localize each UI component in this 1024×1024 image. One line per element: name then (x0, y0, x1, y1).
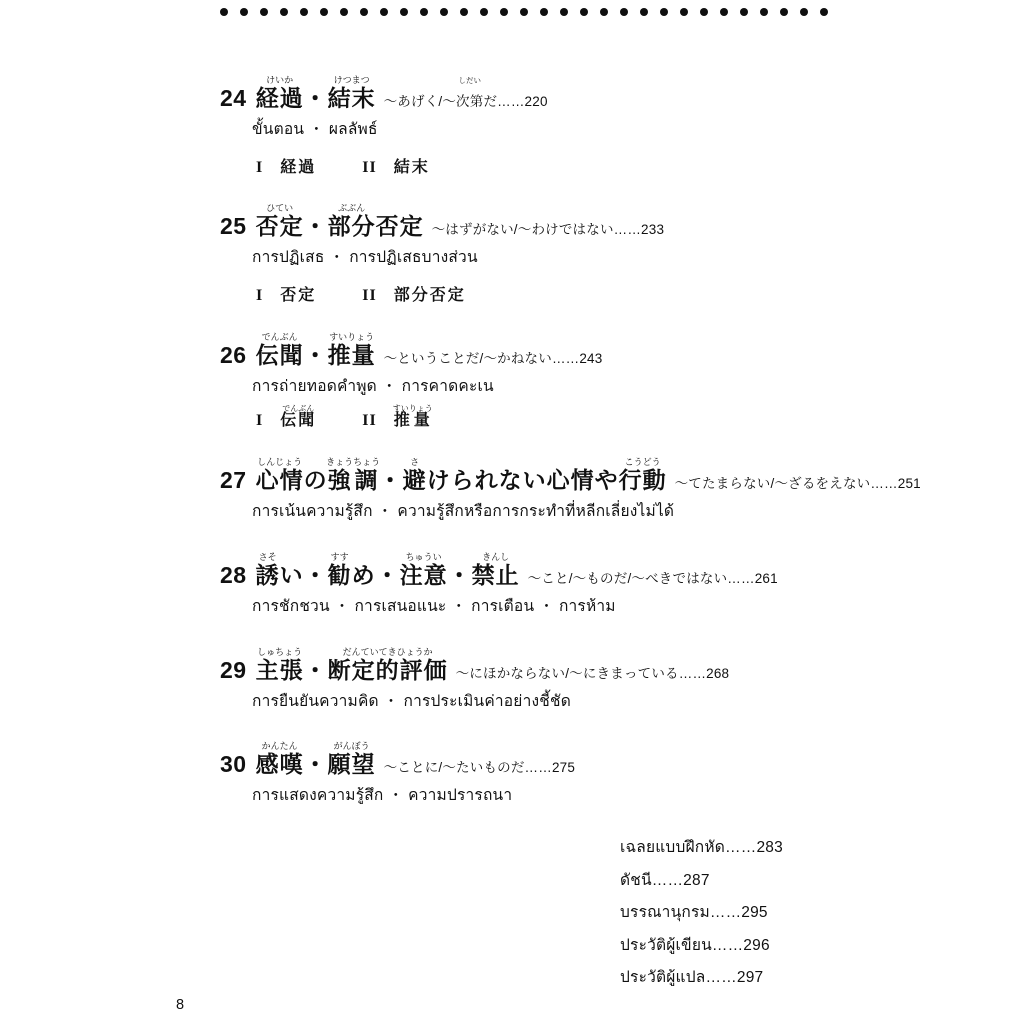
chapter-number: 28 (220, 562, 247, 588)
chapter-title: 否定ひてい・部分ぶぶん否定 (256, 213, 424, 239)
grammar-pattern-and-page: 〜こと/〜ものだ/〜べきではない……261 (528, 571, 778, 586)
chapter-number: 27 (220, 467, 247, 493)
chapter-title: 伝聞でんぶん・推量すいりょう (256, 342, 376, 368)
subsection-item: I伝聞でんぶん (256, 412, 316, 429)
chapter-title: 経過けいか・結末けつまつ (256, 85, 376, 111)
page-number: 8 (176, 997, 184, 1013)
grammar-pattern-and-page: 〜にほかならない/〜にきまっている……268 (456, 666, 730, 681)
thai-translation: ขั้นตอน ・ ผลลัพธ์ (252, 120, 548, 141)
subsection-item: II結末 (362, 159, 429, 176)
chapter-number: 25 (220, 213, 247, 239)
subsection-label: 伝聞でんぶん (280, 412, 316, 429)
chapter-number: 24 (220, 85, 247, 111)
subsection-label: 結末 (394, 159, 430, 176)
subsection-numeral: I (256, 159, 263, 176)
chapter-title: 主張しゅちょう・断定的評価だんていてきひょうか (256, 657, 448, 683)
chapter-title: 心情しんじょうの強調きょうちょう・避さけられない心情や行動こうどう (256, 467, 667, 493)
toc-entry-30: 30感嘆かんたん・願望がんぼう〜ことに/〜たいものだ……275 การแสดงค… (220, 741, 575, 807)
subsection-label: 否定 (280, 287, 316, 304)
back-matter-item: ประวัติผู้เขียน……296 (620, 932, 783, 965)
entry-heading: 26伝聞でんぶん・推量すいりょう〜ということだ/〜かねない……243 (220, 332, 602, 368)
subsection-label: 経過 (280, 159, 316, 176)
toc-entry-25: 25否定ひてい・部分ぶぶん否定〜はずがない/〜わけではない……233 การปฏ… (220, 203, 664, 305)
subsection-numeral: II (362, 159, 376, 176)
back-matter-item: ประวัติผู้แปล……297 (620, 964, 783, 997)
toc-entry-28: 28誘さそい・勧すすめ・注意ちゅうい・禁止きんし〜こと/〜ものだ/〜べきではない… (220, 552, 778, 618)
thai-translation: การยืนยันความคิด ・ การประเมินค่าอย่างชี้… (252, 692, 729, 713)
subsection-row: I経過II結末 (256, 154, 548, 177)
chapter-title: 感嘆かんたん・願望がんぼう (256, 751, 376, 777)
subsection-row: I伝聞でんぶんII推量すいりょう (256, 404, 602, 430)
entry-heading: 25否定ひてい・部分ぶぶん否定〜はずがない/〜わけではない……233 (220, 203, 664, 239)
back-matter-list: เฉลยแบบฝึกหัด……283 ดัชนี……287 บรรณานุกรม… (620, 834, 783, 997)
toc-entry-24: 24経過けいか・結末けつまつ〜あげく/〜次第しだいだ……220 ขั้นตอน … (220, 75, 548, 177)
subsection-label: 部分否定 (394, 287, 466, 304)
grammar-pattern-and-page: 〜あげく/〜次第しだいだ……220 (384, 94, 548, 109)
chapter-number: 29 (220, 657, 247, 683)
subsection-item: I否定 (256, 287, 316, 304)
chapter-title: 誘さそい・勧すすめ・注意ちゅうい・禁止きんし (256, 562, 520, 588)
chapter-number: 26 (220, 342, 247, 368)
dotted-border (220, 8, 828, 17)
grammar-pattern-and-page: 〜ことに/〜たいものだ……275 (384, 760, 575, 775)
thai-translation: การปฏิเสธ ・ การปฏิเสธบางส่วน (252, 248, 664, 269)
entry-heading: 30感嘆かんたん・願望がんぼう〜ことに/〜たいものだ……275 (220, 741, 575, 777)
subsection-label: 推量すいりょう (394, 412, 433, 429)
subsection-item: I経過 (256, 159, 316, 176)
thai-translation: การแสดงความรู้สึก ・ ความปรารถนา (252, 786, 575, 807)
toc-entry-26: 26伝聞でんぶん・推量すいりょう〜ということだ/〜かねない……243 การถ่… (220, 332, 602, 430)
subsection-row: I否定II部分否定 (256, 282, 664, 305)
chapter-number: 30 (220, 751, 247, 777)
subsection-item: II部分否定 (362, 287, 465, 304)
subsection-numeral: II (362, 287, 376, 304)
subsection-numeral: I (256, 412, 263, 429)
subsection-numeral: I (256, 287, 263, 304)
entry-heading: 27心情しんじょうの強調きょうちょう・避さけられない心情や行動こうどう〜てたまら… (220, 457, 921, 493)
subsection-item: II推量すいりょう (362, 412, 432, 429)
grammar-pattern-and-page: 〜ということだ/〜かねない……243 (384, 351, 603, 366)
entry-heading: 24経過けいか・結末けつまつ〜あげく/〜次第しだいだ……220 (220, 75, 548, 111)
toc-page: 24経過けいか・結末けつまつ〜あげく/〜次第しだいだ……220 ขั้นตอน … (0, 0, 1024, 1024)
back-matter-item: ดัชนี……287 (620, 867, 783, 900)
thai-translation: การเน้นความรู้สึก ・ ความรู้สึกหรือการกระ… (252, 502, 921, 523)
grammar-pattern-and-page: 〜はずがない/〜わけではない……233 (432, 222, 665, 237)
grammar-pattern-and-page: 〜てたまらない/〜ざるをえない……251 (675, 476, 921, 491)
toc-entry-27: 27心情しんじょうの強調きょうちょう・避さけられない心情や行動こうどう〜てたまら… (220, 457, 921, 523)
back-matter-item: บรรณานุกรม……295 (620, 899, 783, 932)
thai-translation: การชักชวน ・ การเสนอแนะ ・ การเตือน ・ การห… (252, 597, 778, 618)
toc-entry-29: 29主張しゅちょう・断定的評価だんていてきひょうか〜にほかならない/〜にきまって… (220, 647, 729, 713)
back-matter-item: เฉลยแบบฝึกหัด……283 (620, 834, 783, 867)
entry-heading: 28誘さそい・勧すすめ・注意ちゅうい・禁止きんし〜こと/〜ものだ/〜べきではない… (220, 552, 778, 588)
thai-translation: การถ่ายทอดคำพูด ・ การคาดคะเน (252, 377, 602, 398)
subsection-numeral: II (362, 412, 376, 429)
entry-heading: 29主張しゅちょう・断定的評価だんていてきひょうか〜にほかならない/〜にきまって… (220, 647, 729, 683)
